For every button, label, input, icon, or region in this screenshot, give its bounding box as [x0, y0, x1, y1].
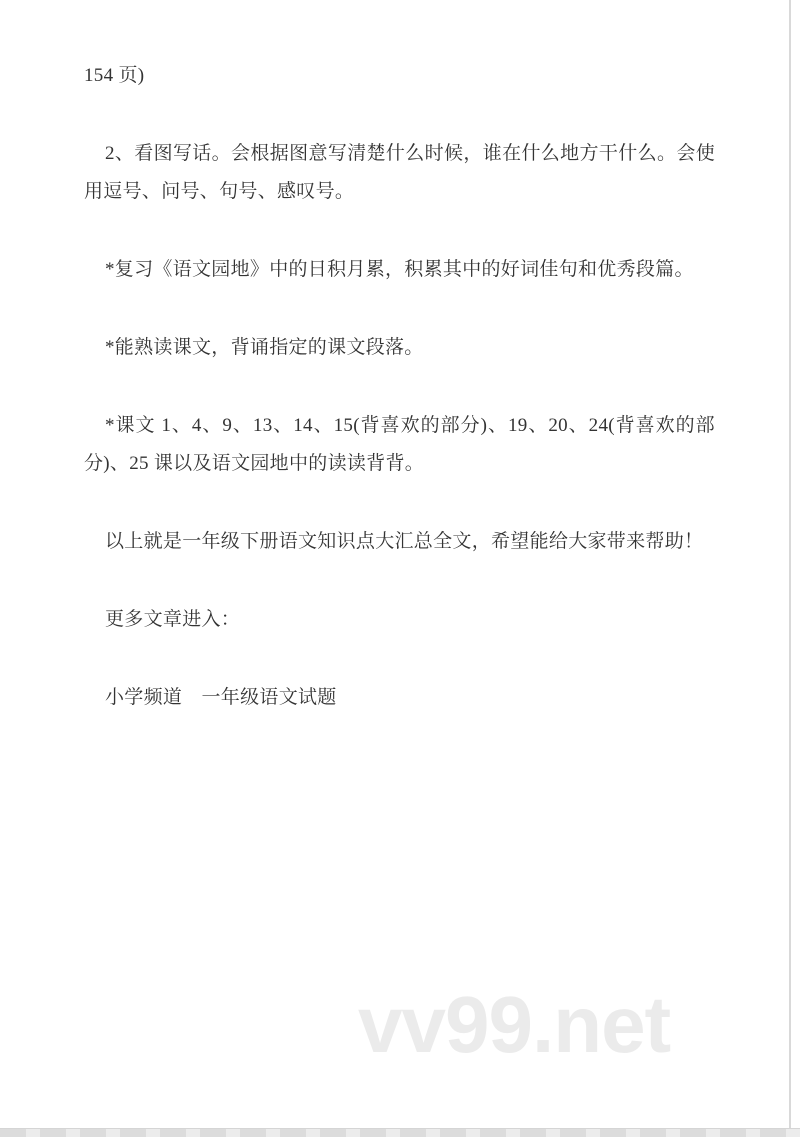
document-page: 154 页) 2、看图写话。会根据图意写清楚什么时候，谁在什么地方干什么。会使用… — [0, 0, 800, 1137]
site-watermark: vv99.net — [358, 985, 670, 1065]
paragraph-review-garden: *复习《语文园地》中的日积月累，积累其中的好词佳句和优秀段篇。 — [84, 251, 715, 289]
paragraph-page-ref-fragment: 154 页) — [84, 57, 715, 95]
paragraph-more-articles: 更多文章进入： — [84, 601, 715, 639]
paragraph-recite-texts: *能熟读课文，背诵指定的课文段落。 — [84, 329, 715, 367]
document-body-text: 154 页) 2、看图写话。会根据图意写清楚什么时候，谁在什么地方干什么。会使用… — [84, 57, 715, 757]
page-bottom-boundary-strip — [0, 1128, 800, 1137]
paragraph-channel-links: 小学频道 一年级语文试题 — [84, 679, 715, 717]
paragraph-closing-summary: 以上就是一年级下册语文知识点大汇总全文，希望能给大家带来帮助！ — [84, 523, 715, 561]
page-right-edge-line — [789, 0, 791, 1128]
paragraph-lesson-list: *课文 1、4、9、13、14、15(背喜欢的部分)、19、20、24(背喜欢的… — [84, 407, 715, 483]
paragraph-writing-skill: 2、看图写话。会根据图意写清楚什么时候，谁在什么地方干什么。会使用逗号、问号、句… — [84, 135, 715, 211]
